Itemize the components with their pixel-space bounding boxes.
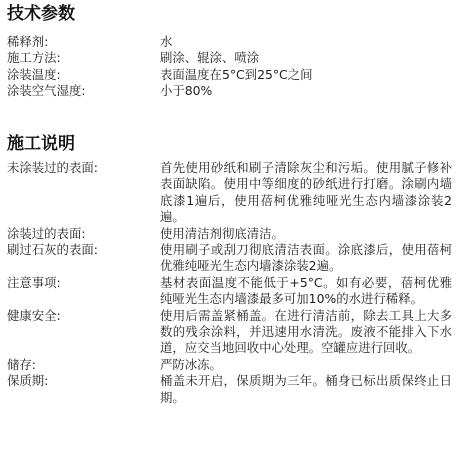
param-value: 小于80% (160, 83, 452, 99)
instruction-label: 刷过石灰的表面: (7, 242, 160, 275)
param-row-application-method: 施工方法: 刷涂、辊涂、喷涂 (7, 50, 452, 66)
instruction-value: 桶盖未开启，保质期为三年。桶身已标出质保终止日期。 (160, 373, 452, 406)
instruction-row-painted-surface: 涂装过的表面: 使用清洁剂彻底清洁。 (7, 226, 452, 242)
param-value: 表面温度在5°C到25°C之间 (160, 67, 452, 83)
param-label: 涂装空气湿度: (7, 83, 160, 99)
instruction-value: 使用刷子或刮刀彻底清洁表面。涂底漆后，使用蓓柯优雅纯哑光生态内墙漆涂装2遍。 (160, 242, 452, 275)
instruction-label: 储存: (7, 357, 160, 373)
param-value: 刷涂、辊涂、喷涂 (160, 50, 452, 66)
instruction-label: 健康安全: (7, 308, 160, 357)
param-label: 涂装温度: (7, 67, 160, 83)
param-row-thinner: 稀释剂: 水 (7, 34, 452, 50)
instruction-value: 基材表面温度不能低于+5°C。如有必要，蓓柯优雅纯哑光生态内墙漆最多可加10%的… (160, 275, 452, 308)
instruction-value: 使用清洁剂彻底清洁。 (160, 226, 452, 242)
section-title-technical-parameters: 技术参数 (7, 3, 452, 25)
instruction-label: 未涂装过的表面: (7, 160, 160, 226)
instruction-row-unpainted-surface: 未涂装过的表面: 首先使用砂纸和刷子清除灰尘和污垢。使用腻子修补表面缺陷。使用中… (7, 160, 452, 226)
instruction-row-shelf-life: 保质期: 桶盖未开启，保质期为三年。桶身已标出质保终止日期。 (7, 373, 452, 406)
param-label: 施工方法: (7, 50, 160, 66)
instructions-table: 未涂装过的表面: 首先使用砂纸和刷子清除灰尘和污垢。使用腻子修补表面缺陷。使用中… (7, 160, 452, 406)
param-row-air-humidity: 涂装空气湿度: 小于80% (7, 83, 452, 99)
instruction-label: 保质期: (7, 373, 160, 406)
instruction-row-limewashed-surface: 刷过石灰的表面: 使用刷子或刮刀彻底清洁表面。涂底漆后，使用蓓柯优雅纯哑光生态内… (7, 242, 452, 275)
instruction-label: 涂装过的表面: (7, 226, 160, 242)
application-instructions-section: 施工说明 未涂装过的表面: 首先使用砂纸和刷子清除灰尘和污垢。使用腻子修补表面缺… (7, 133, 452, 406)
instruction-label: 注意事项: (7, 275, 160, 308)
param-label: 稀释剂: (7, 34, 160, 50)
instruction-row-health-safety: 健康安全: 使用后需盖紧桶盖。在进行清洁前，除去工具上大多数的残余涂料，并迅速用… (7, 308, 452, 357)
param-value: 水 (160, 34, 452, 50)
instruction-value: 首先使用砂纸和刷子清除灰尘和污垢。使用腻子修补表面缺陷。使用中等细度的砂纸进行打… (160, 160, 452, 226)
section-title-application-instructions: 施工说明 (7, 133, 452, 155)
technical-parameters-section: 技术参数 稀释剂: 水 施工方法: 刷涂、辊涂、喷涂 涂装温度: 表面温度在5°… (7, 3, 452, 100)
parameters-table: 稀释剂: 水 施工方法: 刷涂、辊涂、喷涂 涂装温度: 表面温度在5°C到25°… (7, 34, 452, 100)
instruction-value: 使用后需盖紧桶盖。在进行清洁前，除去工具上大多数的残余涂料，并迅速用水清洗。废液… (160, 308, 452, 357)
instruction-row-storage: 储存: 严防冰冻。 (7, 357, 452, 373)
instruction-value: 严防冰冻。 (160, 357, 452, 373)
instruction-row-precautions: 注意事项: 基材表面温度不能低于+5°C。如有必要，蓓柯优雅纯哑光生态内墙漆最多… (7, 275, 452, 308)
param-row-application-temperature: 涂装温度: 表面温度在5°C到25°C之间 (7, 67, 452, 83)
